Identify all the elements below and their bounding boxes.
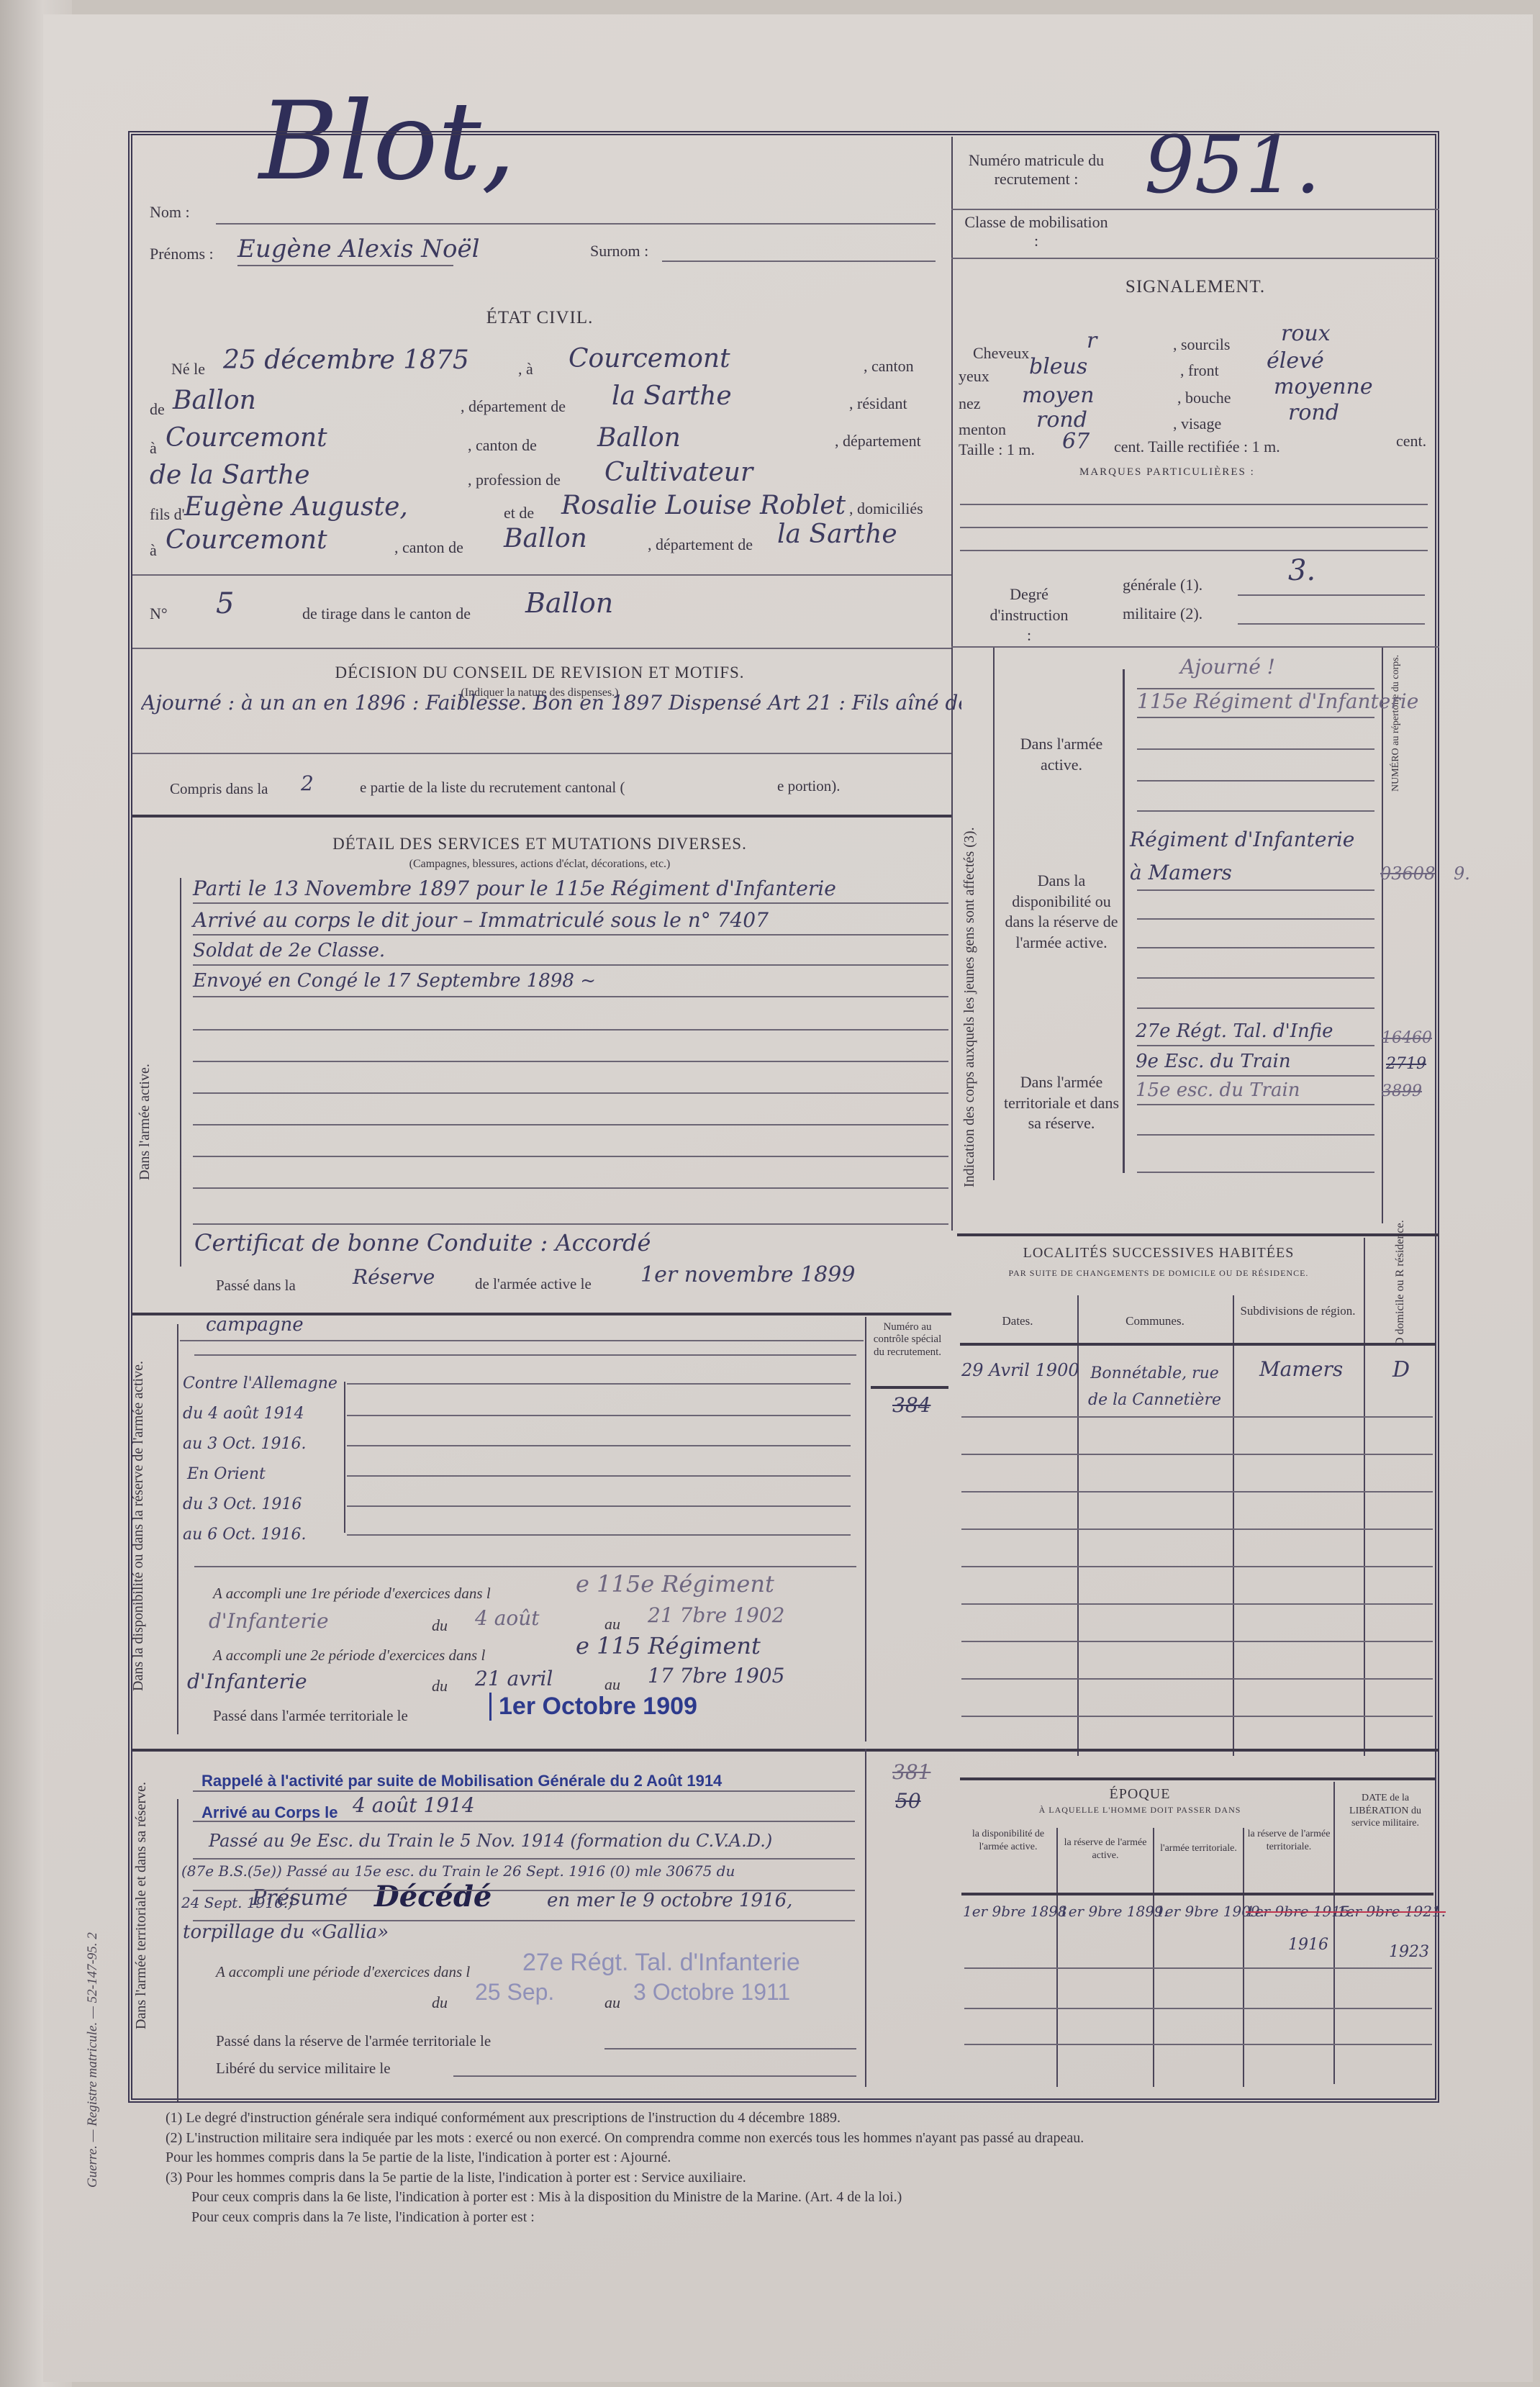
- tirage-number: 5: [216, 587, 234, 620]
- periode2-regiment-2: d'Infanterie: [187, 1670, 307, 1693]
- reserve-rule: [1137, 947, 1374, 948]
- territoriale-numero-divider: [865, 1749, 866, 2087]
- reserve-rule: [1137, 1007, 1374, 1009]
- periode2-label: A accompli une 2e période d'exercices da…: [213, 1647, 485, 1664]
- territoriale-row-rule: [193, 1858, 855, 1860]
- domicile-departement: la Sarthe: [777, 520, 897, 549]
- marques-rule: [960, 527, 1428, 528]
- periode1-regiment: e 115e Régiment: [576, 1570, 774, 1598]
- periode-territoriale-au: au: [604, 1993, 620, 2012]
- territoriale-label: Dans l'armée territoriale et dans sa rés…: [1000, 1072, 1123, 1134]
- epoque-row-rule: [964, 2008, 1432, 2009]
- prenoms-value: Eugène Alexis Noël: [237, 235, 480, 263]
- reserve-numero-value: 384: [892, 1393, 930, 1417]
- residence-departement: de la Sarthe: [150, 461, 310, 490]
- epoque-col-territoriale: l'armée territoriale.: [1154, 1842, 1243, 1855]
- epoque-value-disponibilite: 1er 9bre 1898: [963, 1903, 1067, 1920]
- corps-vertical-label: Indication des corps auxquels les jeunes…: [961, 684, 978, 1187]
- compris-label: Compris dans la: [170, 780, 268, 798]
- territoriale-row-rule: [193, 1790, 855, 1792]
- decede-suffix: en mer le 9 octobre 1916,: [547, 1890, 792, 1911]
- active-rule: [1137, 748, 1374, 750]
- service-rule: [193, 1061, 948, 1062]
- service-line-2: Arrivé au corps le dit jour – Immatricul…: [193, 908, 769, 932]
- footnote-1: (1) Le degré d'instruction générale sera…: [166, 2109, 1432, 2129]
- territoriale-rule: [1137, 1104, 1374, 1105]
- marques-rule: [960, 504, 1428, 505]
- reserve-numero-label: Numéro au contrôle spécial du recrutemen…: [868, 1321, 947, 1359]
- nez-value: moyen: [1022, 383, 1095, 408]
- territoriale-line-2: (87e B.S.(5e)) Passé au 15e esc. du Trai…: [181, 1862, 735, 1880]
- taille-label: Taille : 1 m.: [959, 440, 1035, 459]
- residence-prefix: à: [150, 439, 157, 458]
- territoriale-row-rule: [193, 1821, 855, 1822]
- active-rule: [1137, 688, 1374, 689]
- birth-departement: la Sarthe: [612, 381, 732, 411]
- corps-bracket: [1123, 669, 1125, 1173]
- matricule-label: Numéro matricule du recrutement :: [964, 151, 1108, 189]
- localites-col-dr: D domicile ou R résidence.: [1392, 1245, 1408, 1346]
- epoque-col-divider: [1153, 1828, 1154, 2087]
- reserve-bottom-rule: [132, 1749, 1439, 1752]
- periode1-from: 4 août: [475, 1606, 540, 1630]
- epoque-top-rule: [960, 1777, 1435, 1780]
- domicilies-label: , domiciliés: [849, 499, 923, 518]
- territoriale-rule: [1137, 1075, 1374, 1077]
- classe-rule: [951, 258, 1439, 259]
- localites-row-rule: [961, 1454, 1433, 1455]
- etat-civil-title: ÉTAT CIVIL.: [128, 308, 951, 328]
- nom-label: Nom :: [150, 203, 190, 222]
- birth-date: 25 décembre 1875: [223, 345, 469, 375]
- bouche-value: moyenne: [1274, 374, 1373, 399]
- campagne-bottom-rule: [194, 1566, 856, 1567]
- father-name: Eugène Auguste,: [184, 492, 408, 522]
- territoriale-line-1: 27e Régt. Tal. d'Infie: [1136, 1020, 1333, 1042]
- reserve-territoriale-label: Passé dans la réserve de l'armée territo…: [216, 2032, 491, 2050]
- front-label: , front: [1180, 361, 1219, 380]
- localites-row-rule: [961, 1528, 1433, 1530]
- footnote-3b: Pour ceux compris dans la 6e liste, l'in…: [166, 2188, 1432, 2208]
- active-line-1: Ajourné !: [1180, 655, 1275, 679]
- residence-canton-label: , canton de: [468, 436, 537, 455]
- service-rule: [193, 996, 948, 997]
- active-label: Dans l'armée active.: [1007, 734, 1115, 775]
- reserve-numero-divider: [865, 1317, 866, 1741]
- localites-row-rule: [961, 1491, 1433, 1493]
- service-line-1: Parti le 13 Novembre 1897 pour le 115e R…: [193, 877, 836, 900]
- marques-label: MARQUES PARTICULIÈRES :: [1079, 466, 1255, 479]
- territoriale-numero-2: 2719: [1386, 1055, 1426, 1073]
- reserve-numero-rule: [871, 1386, 948, 1389]
- passe-territoriale-stamp: 1er Octobre 1909: [489, 1693, 697, 1721]
- classe-label: Classe de mobilisation :: [964, 213, 1108, 251]
- epoque-correction-reserve-territoriale: 1916: [1288, 1936, 1328, 1954]
- territoriale-numero-1: 381: [892, 1760, 930, 1784]
- localites-row-rule: [961, 1603, 1433, 1605]
- liberation-correction: 1923: [1389, 1943, 1429, 1961]
- residant-label: , résidant: [849, 394, 907, 413]
- periode-territoriale-label: A accompli une période d'exercices dans …: [216, 1963, 470, 1981]
- generale-rule: [1238, 594, 1425, 596]
- rappel-stamp: Rappelé à l'activité par suite de Mobili…: [201, 1772, 722, 1790]
- torpillage-gallia: torpillage du «Gallia»: [183, 1921, 389, 1943]
- services-side-label: Dans l'armée active.: [137, 993, 153, 1180]
- domicile-canton: Ballon: [504, 524, 587, 553]
- periode2-au: au: [604, 1675, 620, 1694]
- reserve-label: Dans la disponibilité ou dans la réserve…: [1000, 871, 1123, 953]
- libere-rule: [453, 2075, 856, 2077]
- numero-header: NUMÉRO au répertoire du corps.: [1389, 651, 1403, 795]
- nez-label: nez: [959, 394, 981, 413]
- campagne-row-rule: [347, 1445, 851, 1446]
- epoque-col-disponibilite: la disponibilité de l'armée active.: [960, 1828, 1056, 1853]
- reserve-line-2: à Mamers: [1130, 861, 1232, 884]
- territoriale-side-label: Dans l'armée territoriale et dans sa rés…: [130, 1813, 153, 2029]
- decede-word: Décédé: [374, 1880, 492, 1913]
- liberation-value: 1er 9bre 1921.: [1337, 1903, 1446, 1920]
- militaire-rule: [1238, 623, 1425, 625]
- campagne-line-5: du 3 Oct. 1916: [183, 1495, 302, 1513]
- residence-canton: Ballon: [597, 423, 681, 453]
- sourcils-value: roux: [1281, 321, 1331, 346]
- domicile-dept-label: , département de: [648, 535, 753, 554]
- services-subtitle: (Campagnes, blessures, actions d'éclat, …: [128, 858, 951, 871]
- service-rule: [193, 964, 948, 966]
- periode-territoriale-to: 3 Octobre 1911: [633, 1979, 790, 2006]
- cheveux-label: Cheveux: [973, 344, 1029, 363]
- service-line-3: Soldat de 2e Classe.: [193, 940, 385, 961]
- footnotes: (1) Le degré d'instruction générale sera…: [166, 2109, 1432, 2228]
- reserve-rule: [1137, 918, 1374, 920]
- service-rule: [193, 1187, 948, 1189]
- active-rule: [1137, 780, 1374, 782]
- epoque-value-reserve-active: 1er 9bre 1899.: [1059, 1903, 1168, 1920]
- localites-col-dates: Dates.: [960, 1314, 1075, 1328]
- campagne-line-6: au 6 Oct. 1916.: [183, 1526, 306, 1544]
- signalement-rule: [951, 646, 1439, 648]
- reserve-bracket: [177, 1324, 178, 1734]
- taille-cent-label: cent. Taille rectifiée : 1 m.: [1114, 438, 1280, 456]
- reserve-line-1: Régiment d'Infanterie: [1130, 828, 1354, 851]
- ne-le-label: Né le: [171, 360, 205, 379]
- territoriale-line-1: Passé au 9e Esc. du Train le 5 Nov. 1914…: [209, 1831, 772, 1851]
- arrive-corps-date: 4 août 1914: [353, 1793, 475, 1817]
- arrive-corps-stamp: Arrivé au Corps le: [201, 1803, 338, 1822]
- epoque-col-divider: [1056, 1828, 1058, 2087]
- decision-thick-rule: [132, 815, 951, 817]
- a-label: , à: [518, 360, 533, 379]
- periode-territoriale-from: 25 Sep.: [475, 1979, 554, 2006]
- campagne-row-rule: [347, 1475, 851, 1477]
- footnote-3c: Pour ceux compris dans la 7e liste, l'in…: [166, 2208, 1432, 2228]
- tirage-label: de tirage dans le canton de: [302, 604, 471, 623]
- reserve-territoriale-rule: [604, 2048, 856, 2049]
- canton-label: , canton: [864, 357, 914, 376]
- yeux-value: bleus: [1029, 354, 1087, 379]
- active-rule: [1137, 810, 1374, 812]
- residence-dept-label: , département: [835, 432, 921, 450]
- campagne-line-1: Contre l'Allemagne: [183, 1374, 338, 1392]
- printer-imprint: Guerre. — Registre matricule. — 52-147-9…: [85, 1813, 114, 2188]
- epoque-col-reserve-territoriale: la réserve de l'armée territoriale.: [1244, 1828, 1333, 1853]
- decision-rule: [132, 753, 951, 754]
- periode2-from: 21 avril: [475, 1667, 553, 1690]
- prenoms-underline: [237, 265, 453, 266]
- periode-territoriale-stamp: 27e Régt. Tal. d'Infanterie: [522, 1949, 800, 1977]
- campagne-rule: [194, 1354, 856, 1356]
- profession-value: Cultivateur: [604, 458, 753, 487]
- yeux-label: yeux: [959, 367, 989, 386]
- signalement-title: SIGNALEMENT.: [951, 277, 1439, 297]
- epoque-title: ÉPOQUE: [960, 1786, 1320, 1803]
- mere-label: et de: [504, 504, 534, 522]
- generale-label: générale (1).: [1123, 576, 1202, 594]
- territoriale-numero-2: 50: [895, 1789, 921, 1813]
- nom-underline: [216, 223, 936, 225]
- footnote-3: (3) Pour les hommes compris dans la 5e p…: [166, 2168, 1432, 2188]
- territoriale-rule: [1137, 1045, 1374, 1046]
- service-rule: [193, 1223, 948, 1225]
- territoriale-numero-1: 16460: [1382, 1029, 1432, 1047]
- localites-col-subdivisions: Subdivisions de région.: [1235, 1304, 1361, 1318]
- periode1-regiment-2: d'Infanterie: [209, 1609, 329, 1633]
- service-line-4: Envoyé en Congé le 17 Septembre 1898 ~: [193, 970, 596, 992]
- domicile-canton-label: , canton de: [394, 538, 463, 557]
- localites-col-communes: Communes.: [1079, 1314, 1231, 1328]
- periode2-to: 17 7bre 1905: [648, 1664, 784, 1688]
- localites-header-rule: [960, 1343, 1435, 1346]
- localites-row-rule: [961, 1566, 1433, 1567]
- surnom-label: Surnom :: [590, 242, 648, 261]
- tirage-canton: Ballon: [525, 587, 613, 619]
- passe-date: 1er novembre 1899: [640, 1262, 855, 1287]
- menton-label: menton: [959, 420, 1006, 439]
- campagne-rule: [180, 1340, 864, 1341]
- territoriale-line-3: 15e esc. du Train: [1136, 1079, 1300, 1101]
- territoriale-bracket: [177, 1799, 178, 2101]
- compris-value: 2: [301, 771, 314, 795]
- services-title: DÉTAIL DES SERVICES ET MUTATIONS DIVERSE…: [128, 835, 951, 853]
- periode1-du: du: [432, 1616, 448, 1635]
- portion-suffix: e portion).: [777, 777, 840, 795]
- reserve-rule: [1137, 977, 1374, 979]
- epoque-header-rule: [961, 1893, 1433, 1895]
- territoriale-rule: [1137, 1172, 1374, 1173]
- localite-date: 29 Avril 1900: [961, 1360, 1079, 1380]
- localites-top-rule: [957, 1233, 1439, 1236]
- localites-row-rule: [961, 1678, 1433, 1680]
- campagne-row-rule: [347, 1505, 851, 1507]
- parents-domicile: Courcemont: [166, 525, 327, 555]
- service-rule: [193, 1092, 948, 1094]
- territoriale-numero-3: 3899: [1382, 1082, 1422, 1100]
- campagne-line-4: En Orient: [187, 1465, 266, 1483]
- reserve-side-label: Dans la disponibilité ou dans la réserve…: [127, 1403, 150, 1691]
- localite-dr: D: [1392, 1357, 1410, 1382]
- canton-prefix: de: [150, 400, 165, 419]
- periode1-to: 21 7bre 1902: [648, 1603, 784, 1627]
- periode1-label: A accompli une 1re période d'exercices d…: [213, 1585, 491, 1603]
- generale-value: 3.: [1288, 554, 1315, 587]
- localite-commune: Bonnétable, rue de la Cannetière: [1081, 1360, 1228, 1414]
- departement-label: , département de: [461, 397, 566, 416]
- column-divider: [951, 137, 953, 1231]
- sourcils-label: , sourcils: [1173, 335, 1230, 354]
- front-value: élevé: [1267, 348, 1324, 373]
- fils-label: fils d': [150, 505, 185, 524]
- epoque-col-divider: [1243, 1828, 1244, 2087]
- periode2-du: du: [432, 1677, 448, 1695]
- libere-label: Libéré du service militaire le: [216, 2060, 391, 2078]
- periode-territoriale-du: du: [432, 1993, 448, 2012]
- militaire-label: militaire (2).: [1123, 604, 1202, 623]
- decision-title: DÉCISION DU CONSEIL DE REVISION ET MOTIF…: [128, 663, 951, 682]
- passe-value: Réserve: [353, 1265, 435, 1289]
- residence-commune: Courcemont: [166, 423, 327, 453]
- certificat-bonne-conduite: Certificat de bonne Conduite : Accordé: [194, 1229, 651, 1256]
- localites-col-divider: [1233, 1295, 1234, 1756]
- epoque-col-reserve-active: la réserve de l'armée active.: [1058, 1836, 1153, 1862]
- service-rule: [193, 1029, 948, 1031]
- reserve-rule: [1137, 889, 1374, 891]
- passe-suffix: de l'armée active le: [475, 1275, 592, 1293]
- visage-label: , visage: [1173, 415, 1221, 433]
- mother-name: Rosalie Louise Roblet: [561, 491, 846, 520]
- degre-label: Degré d'instruction :: [986, 584, 1072, 646]
- numero-divider: [1382, 648, 1383, 1223]
- localite-subdivision: Mamers: [1259, 1357, 1343, 1381]
- visage-value: rond: [1288, 400, 1339, 425]
- passe-label: Passé dans la: [216, 1277, 296, 1295]
- active-line-2: 115e Régiment d'Infanterie: [1137, 689, 1418, 713]
- compris-suffix: e partie de la liste du recrutement cant…: [360, 779, 625, 797]
- service-rule: [193, 1156, 948, 1157]
- epoque-row-rule: [964, 1967, 1432, 1969]
- localites-subtitle: PAR SUITE DE CHANGEMENTS DE DOMICILE OU …: [957, 1268, 1360, 1279]
- profession-label: , profession de: [468, 471, 561, 489]
- campagne-line-3: au 3 Oct. 1916.: [183, 1435, 306, 1453]
- decision-value: Ajourné : à un an en 1896 : Faiblesse. B…: [141, 691, 961, 715]
- birth-place: Courcemont: [569, 344, 730, 373]
- footnote-2: (2) L'instruction militaire sera indiqué…: [166, 2129, 1432, 2149]
- localites-row-rule: [961, 1641, 1433, 1642]
- etat-civil-rule: [132, 574, 951, 576]
- taille-value: 67: [1062, 429, 1090, 454]
- liberation-title: DATE de la LIBÉRATION du service militai…: [1336, 1792, 1435, 1830]
- matricule-rule: [951, 209, 1439, 210]
- periode1-au: au: [604, 1615, 620, 1634]
- localites-title: LOCALITÉS SUCCESSIVES HABITÉES: [957, 1245, 1360, 1262]
- epoque-row-rule: [964, 2044, 1432, 2045]
- service-rule: [193, 1124, 948, 1125]
- services-bracket: [180, 878, 181, 1267]
- localites-row-rule: [961, 1716, 1433, 1717]
- surnom-underline: [662, 261, 936, 262]
- footnote-2b: Pour les hommes compris dans la 5e parti…: [166, 2148, 1432, 2168]
- cheveux-value: r: [1087, 328, 1097, 353]
- passe-territoriale-label: Passé dans l'armée territoriale le: [213, 1707, 408, 1725]
- corps-divider: [993, 648, 995, 1180]
- service-rule: [193, 902, 948, 904]
- territoriale-line-2: 9e Esc. du Train: [1136, 1051, 1291, 1072]
- tirage-rule: [132, 648, 951, 649]
- territoriale-rule: [1137, 1134, 1374, 1136]
- reserve-numero-extra: 9.: [1454, 864, 1470, 884]
- campagne-title: campagne: [206, 1314, 304, 1336]
- birth-canton: Ballon: [173, 386, 256, 415]
- campagne-divider: [344, 1382, 345, 1533]
- active-rule: [1137, 717, 1374, 718]
- cent-label: cent.: [1396, 432, 1426, 450]
- campagne-row-rule: [347, 1415, 851, 1416]
- bouche-label: , bouche: [1177, 389, 1231, 407]
- domicile-prefix: à: [150, 541, 157, 560]
- localites-row-rule: [961, 1416, 1433, 1418]
- prenoms-label: Prénoms :: [150, 245, 214, 263]
- campagne-row-rule: [347, 1383, 851, 1385]
- tirage-no-label: N°: [150, 604, 168, 623]
- reserve-numero: 03608: [1380, 864, 1435, 884]
- epoque-liberation-divider: [1333, 1782, 1335, 2084]
- marques-rule: [960, 550, 1428, 551]
- service-rule: [193, 934, 948, 936]
- epoque-subtitle: À LAQUELLE L'HOMME DOIT PASSER DANS: [960, 1805, 1320, 1816]
- campagne-row-rule: [347, 1534, 851, 1536]
- periode2-regiment: e 115 Régiment: [576, 1632, 761, 1659]
- territoriale-row-rule: [193, 1890, 855, 1891]
- campagne-line-2: du 4 août 1914: [183, 1405, 304, 1423]
